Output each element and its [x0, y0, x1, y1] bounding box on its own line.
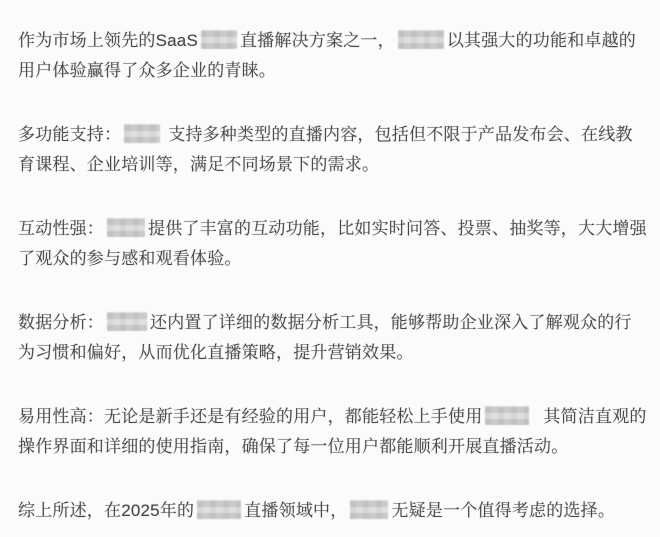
text-run: 作为市场上领先的SaaS — [18, 31, 198, 50]
censored-brand-name — [485, 406, 529, 425]
censored-brand-name — [107, 218, 145, 237]
censored-brand-name — [197, 500, 241, 519]
article-body: 作为市场上领先的SaaS直播解决方案之一，以其强大的功能和卓越的用户体验赢得了众… — [0, 0, 660, 537]
censored-brand-name — [398, 30, 444, 49]
censored-brand-name — [350, 500, 388, 519]
text-run: 数据分析： — [18, 313, 104, 332]
censored-brand-name — [201, 30, 237, 49]
text-run: 互动性强： — [18, 219, 104, 238]
data-analysis-paragraph: 数据分析：还内置了详细的数据分析工具，能够帮助企业深入了解观众的行为习惯和偏好，… — [18, 308, 648, 368]
text-run: 无疑是一个值得考虑的选择。 — [391, 501, 615, 520]
intro-paragraph: 作为市场上领先的SaaS直播解决方案之一，以其强大的功能和卓越的用户体验赢得了众… — [18, 26, 648, 86]
text-run: 多功能支持： — [18, 125, 121, 144]
text-run: 直播领域中， — [244, 501, 347, 520]
interactivity-paragraph: 互动性强：提供了丰富的互动功能，比如实时问答、投票、抽奖等，大大增强了观众的参与… — [18, 214, 648, 274]
ease-of-use-paragraph: 易用性高：无论是新手还是有经验的用户，都能轻松上手使用其简洁直观的操作界面和详细… — [18, 402, 648, 462]
text-run: 直播解决方案之一， — [240, 31, 395, 50]
text-run: 综上所述，在2025年的 — [18, 501, 194, 520]
censored-brand-name — [124, 124, 160, 143]
text-run: 易用性高：无论是新手还是有经验的用户，都能轻松上手使用 — [18, 407, 482, 426]
conclusion-paragraph: 综上所述，在2025年的直播领域中，无疑是一个值得考虑的选择。 — [18, 496, 648, 526]
multi-function-paragraph: 多功能支持：支持多种类型的直播内容，包括但不限于产品发布会、在线教育课程、企业培… — [18, 120, 648, 180]
censored-brand-name — [107, 312, 147, 331]
